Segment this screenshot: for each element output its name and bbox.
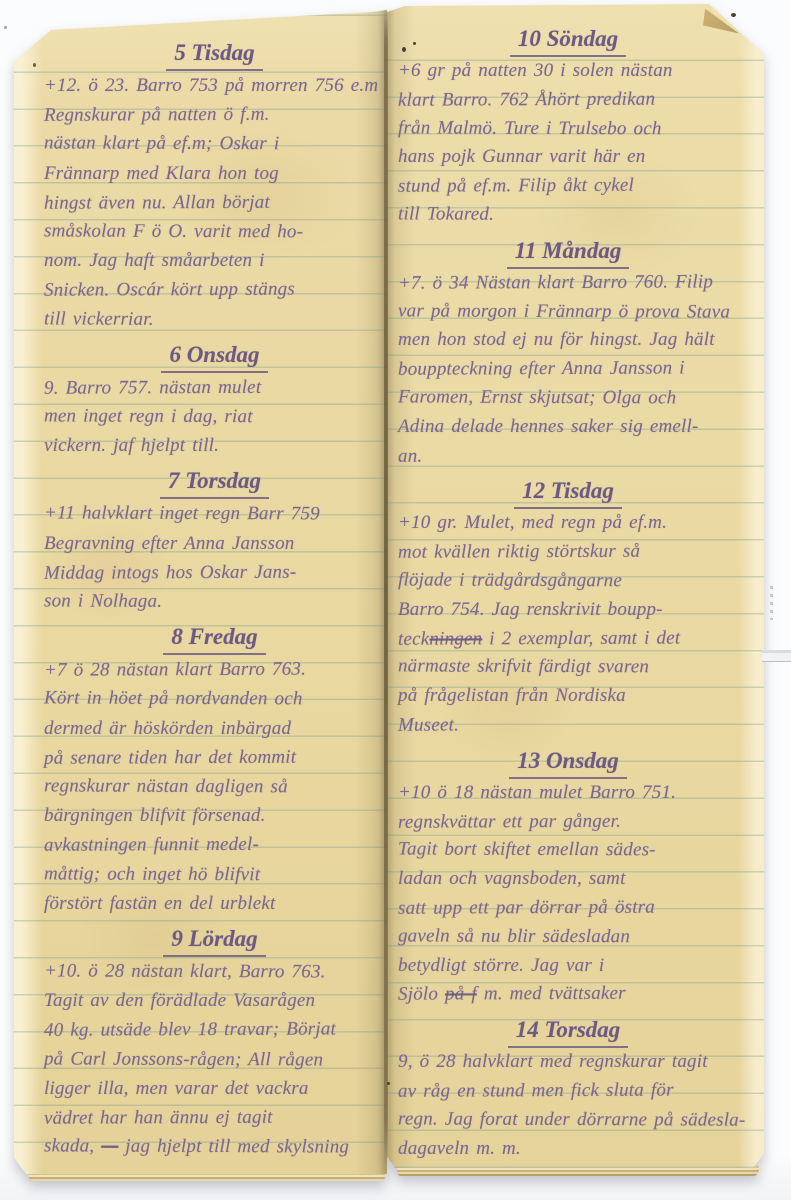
entry-heading: 13 Onsdag	[398, 746, 738, 779]
ink-speck	[387, 1082, 390, 1085]
entry-line: bärgningen blifvit försenad.	[44, 801, 385, 830]
entry-line: men inget regn i dag, riat	[44, 401, 385, 431]
notebook-page-left: 5 Tisdag+12. ö 23. Barro 753 på morren 7…	[14, 10, 387, 1174]
entry-heading-text: 14 Torsdag	[508, 1015, 629, 1048]
entry-heading-text: 13 Onsdag	[509, 746, 627, 779]
line-text: m. med tvättsaker	[477, 983, 626, 1005]
scan-edge-artifact	[770, 586, 773, 620]
entry-heading-text: 12 Tisdag	[514, 476, 622, 509]
entry-line: från Malmö. Ture i Trulsebo och	[398, 114, 738, 144]
entry-line: måttig; och inget hö blifvit	[44, 859, 385, 889]
entry-heading: 11 Måndag	[398, 236, 738, 269]
entry-line: småskolan F ö O. varit med ho-	[44, 216, 385, 246]
entry-heading: 5 Tisdag	[44, 38, 385, 71]
entry-line: stund på ef.m. Filip åkt cykel	[398, 171, 738, 201]
entry-line: Faromen, Ernst skjutsat; Olga och	[398, 383, 738, 413]
entry-line: Tagit bort skiftet emellan sädes-	[398, 836, 738, 866]
entry-heading: 12 Tisdag	[398, 476, 738, 509]
entry-line: Barro 754. Jag renskrivit boupp-	[398, 596, 738, 625]
entry-line: vädret har han ännu ej tagit	[44, 1102, 385, 1133]
line-text: jag hjelpt till med skylsning	[118, 1136, 349, 1158]
entry-heading-text: 5 Tisdag	[166, 38, 262, 71]
entry-line: klart Barro. 762 Åhört predikan	[398, 85, 738, 115]
entry-line: Kört in höet på nordvanden och	[44, 684, 385, 714]
entry-line: till vickerriar.	[44, 304, 385, 334]
binding-gutter-seam	[384, 8, 388, 1166]
entry-heading-text: 8 Fredag	[163, 622, 265, 655]
entry-line: Snicken. Oscár kört upp stängs	[44, 275, 385, 306]
entry-line: ladan och vagnsboden, samt	[398, 865, 738, 894]
entry-line: till Tokared.	[398, 200, 738, 230]
entry-heading-text: 11 Måndag	[507, 236, 630, 269]
entry-line: +7. ö 34 Nästan klart Barro 760. Filip	[398, 268, 738, 298]
ink-speck	[731, 13, 736, 17]
entry-line: förstört fastän en del urblekt	[44, 889, 385, 918]
ink-speck	[4, 26, 7, 29]
struck-text: —	[101, 1136, 118, 1157]
line-text: i 2 exemplar, samt i det	[482, 627, 680, 649]
page-edge-stack	[28, 1173, 385, 1181]
entry-line: ligger illa, men varar det vackra	[44, 1074, 385, 1103]
entry-line: satt upp ett par dörrar på östra	[398, 893, 738, 923]
entry-line: 9. Barro 757. nästan mulet	[44, 372, 385, 403]
entry-line: 9, ö 28 halvklart med regnskurar tagit	[398, 1048, 738, 1077]
entry-line: var på morgon i Frännarp ö prova Stava	[398, 297, 738, 327]
entry-heading: 10 Söndag	[398, 24, 738, 57]
entry-line: nom. Jag haft småarbeten i	[44, 246, 385, 275]
entry-line: dermed är höskörden inbärgad	[44, 714, 385, 743]
entry-line: +12. ö 23. Barro 753 på morren 756 e.m	[44, 71, 385, 100]
entry-line: hans pojk Gunnar varit här en	[398, 143, 738, 172]
entry-line: +10 gr. Mulet, med regn på ef.m.	[398, 509, 738, 538]
entry-heading: 9 Lördag	[44, 924, 385, 957]
entry-heading: 8 Fredag	[44, 622, 385, 655]
ink-speck	[413, 42, 416, 45]
entry-line: Adina delade hennes saker sig emell-	[398, 413, 738, 442]
line-text: skada,	[44, 1136, 101, 1157]
paper-left: 5 Tisdag+12. ö 23. Barro 753 på morren 7…	[14, 10, 387, 1174]
entry-line: Tagit av den förädlade Vasarågen	[44, 986, 385, 1015]
entry-line: mot kvällen riktig störtskur så	[398, 537, 738, 567]
ink-speck	[402, 47, 406, 52]
entry-line: avkastningen funnit medel-	[44, 830, 385, 861]
entry-line: närmaste skrifvit färdigt svaren	[398, 653, 738, 683]
entry-line: teckningen i 2 exemplar, samt i det	[398, 624, 738, 654]
entry-line: +7 ö 28 nästan klart Barro 763.	[44, 655, 385, 686]
line-text: teck	[398, 628, 429, 649]
entry-line: på senare tiden har det kommit	[44, 742, 385, 773]
line-text: Sjölo	[398, 984, 445, 1005]
scan-edge-artifact	[762, 650, 791, 662]
entry-heading-text: 7 Torsdag	[160, 466, 269, 499]
entry-line: vickern. jaf hjelpt till.	[44, 431, 385, 460]
entry-line: nästan klart på ef.m; Oskar i	[44, 129, 385, 159]
entry-line: regnskvättar ett par gånger.	[398, 807, 738, 837]
entry-heading: 6 Onsdag	[44, 340, 385, 373]
entry-line: +10. ö 28 nästan klart, Barro 763.	[44, 956, 385, 986]
entry-line: dagaveln m. m.	[398, 1135, 738, 1164]
entry-line: gaveln så nu blir sädesladan	[398, 922, 738, 952]
entry-line: på frågelistan från Nordiska	[398, 682, 738, 711]
entry-line: Middag intogs hos Oskar Jans-	[44, 557, 385, 588]
entry-heading-text: 9 Lördag	[163, 924, 265, 957]
entry-line: betydligt större. Jag var i	[398, 952, 738, 981]
entry-line: men hon stod ej nu för hingst. Jag hält	[398, 326, 738, 355]
entry-line: regn. Jag forat under dörrarne på sädesl…	[398, 1105, 738, 1135]
entry-heading-text: 6 Onsdag	[161, 340, 267, 373]
entry-line: Begravning efter Anna Jansson	[44, 529, 385, 558]
ink-speck	[33, 63, 36, 67]
entry-line: av råg en stund men fick sluta för	[398, 1076, 738, 1106]
struck-text: ningen	[429, 628, 482, 649]
entry-line: bouppteckning efter Anna Jansson i	[398, 354, 738, 384]
entry-line: på Carl Jonssons-rågen; All rågen	[44, 1044, 385, 1074]
entry-line: +11 halvklart inget regn Barr 759	[44, 499, 385, 529]
diary-text-column-left: 5 Tisdag+12. ö 23. Barro 753 på morren 7…	[44, 32, 385, 1162]
entry-line: flöjade i trädgårdsgångarne	[398, 566, 738, 596]
entry-line: skada, — jag hjelpt till med skylsning	[44, 1132, 385, 1162]
entry-line: 40 kg. utsäde blev 18 travar; Börjat	[44, 1015, 385, 1046]
paper-right: 10 Söndag+6 gr på natten 30 i solen näst…	[387, 4, 764, 1168]
entry-line: Museet.	[398, 710, 738, 740]
entry-line: Frännarp med Klara hon tog	[44, 159, 385, 188]
notebook-page-right: 10 Söndag+6 gr på natten 30 i solen näst…	[387, 4, 764, 1168]
entry-line: +6 gr på natten 30 i solen nästan	[398, 57, 738, 86]
entry-heading: 14 Torsdag	[398, 1015, 738, 1048]
entry-line: +10 ö 18 nästan mulet Barro 751.	[398, 779, 738, 808]
entry-line: son i Nolhaga.	[44, 586, 385, 616]
entry-heading: 7 Torsdag	[44, 466, 385, 499]
entry-line: an.	[398, 441, 738, 471]
diary-text-column-right: 10 Söndag+6 gr på natten 30 i solen näst…	[398, 18, 738, 1163]
entry-line: regnskurar nästan dagligen så	[44, 771, 385, 801]
entry-line: hingst även nu. Allan börjat	[44, 187, 385, 218]
struck-text: på f	[445, 984, 477, 1005]
entry-heading-text: 10 Söndag	[510, 24, 626, 57]
entry-line: Regnskurar på natten ö f.m.	[44, 99, 385, 130]
entry-line: Sjölo på f m. med tvättsaker	[398, 980, 738, 1010]
